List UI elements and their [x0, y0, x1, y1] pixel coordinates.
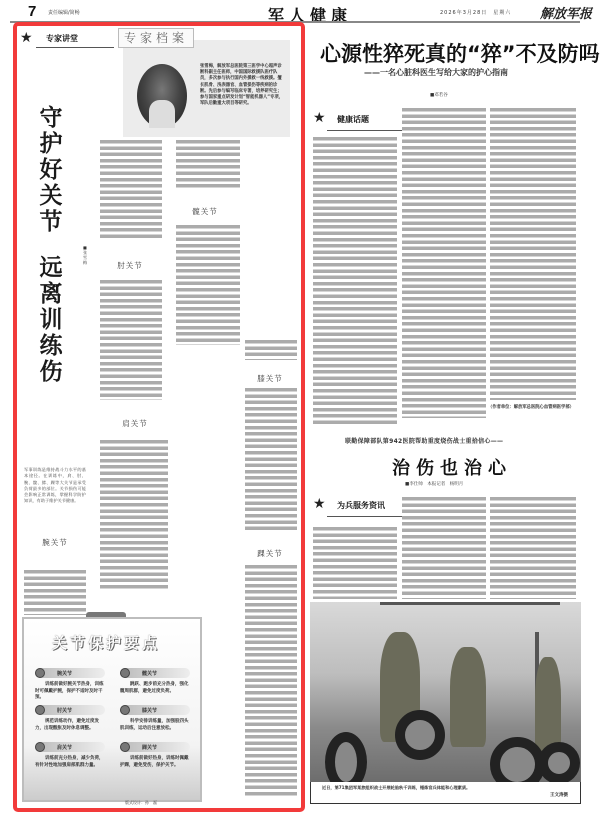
body-text-block — [490, 497, 576, 599]
body-text-block — [313, 527, 397, 599]
page-number: 7 — [28, 3, 36, 20]
author-affiliation: （作者单位：解放军总医院心血管病医学部） — [488, 405, 574, 411]
second-article-title: 治伤也治心 — [392, 454, 512, 480]
issue-date: 2026年3月28日 星期六 — [440, 9, 511, 16]
photo-caption: 近日，第71集团军某旅组织战士开展轮胎秋千训练，锤炼官兵体能和心理素质。 — [322, 785, 577, 791]
star-icon: ★ — [313, 496, 326, 512]
body-text-block — [402, 108, 486, 418]
right-article-title: 心源性猝死真的“猝”不及防吗 — [320, 38, 600, 68]
second-article-kicker: 联勤保障部队第942医院帮助重度烧伤战士重拾信心—— — [345, 436, 503, 445]
editor-credit: 责任编辑/简畅 — [48, 9, 80, 16]
tag-underline — [327, 130, 402, 131]
column-tag-label: 健康话题 — [337, 114, 369, 125]
body-text-block — [402, 497, 486, 599]
column-tag-health-topic: ★ 健康话题 — [313, 110, 395, 132]
masthead-logo: 解放军报 — [540, 3, 592, 22]
highlight-frame — [13, 22, 305, 812]
star-icon: ★ — [313, 110, 326, 126]
column-tag-service-info: ★ 为兵服务资讯 — [313, 496, 395, 518]
tag-underline — [327, 516, 402, 517]
training-photo — [310, 602, 581, 782]
body-text-block — [313, 137, 397, 427]
body-text-block — [490, 108, 576, 400]
right-article-byline: ■邓若谷 — [430, 92, 448, 98]
right-article-subtitle: ——一名心脏科医生写给大家的护心指南 — [364, 67, 508, 78]
column-tag-label: 为兵服务资讯 — [337, 500, 385, 511]
second-article-byline: ■李仕帅 本报记者 杨明月 — [405, 481, 463, 487]
photo-credit: 王文涛摄 — [550, 792, 568, 798]
